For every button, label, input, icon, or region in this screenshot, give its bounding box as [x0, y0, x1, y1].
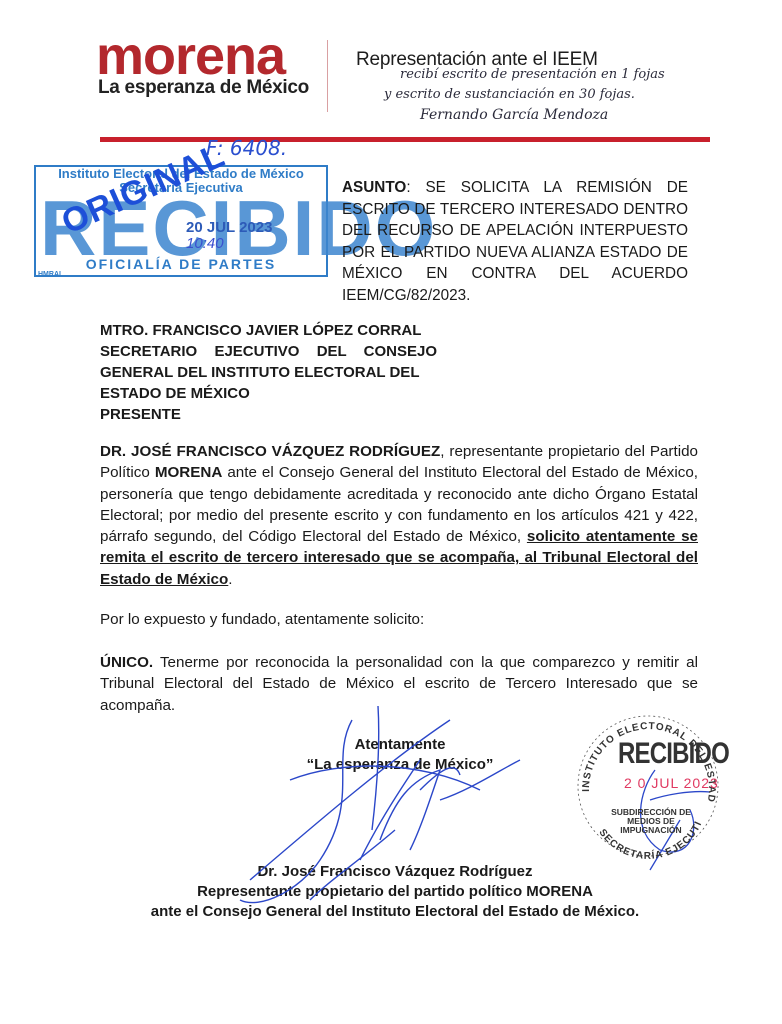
addressee-line: PRESENTE — [100, 404, 437, 425]
addressee-line: GENERAL DEL INSTITUTO ELECTORAL DEL — [100, 362, 437, 383]
subject-block: ASUNTO: SE SOLICITA LA REMISIÓN DE ESCRI… — [342, 177, 688, 306]
closing-salutation: Atentamente — [240, 735, 560, 755]
subject-label: ASUNTO — [342, 179, 406, 196]
stamp-foot: HMRAI — [38, 271, 61, 278]
logo-tagline: La esperanza de México — [98, 77, 309, 99]
handwritten-note-line: y escrito de sustanciación en 30 fojas. — [384, 87, 635, 102]
unico-label: ÚNICO. — [100, 654, 153, 671]
addressee-line: SECRETARIO EJECUTIVO DEL CONSEJO — [100, 341, 437, 362]
header-red-rule — [100, 137, 710, 142]
representative-name: DR. JOSÉ FRANCISCO VÁZQUEZ RODRÍGUEZ — [100, 443, 440, 460]
addressee-block: MTRO. FRANCISCO JAVIER LÓPEZ CORRAL SECR… — [100, 320, 437, 425]
svg-text:SECRETARÍA EJECUTIVA: SECRETARÍA EJECUTIVA — [0, 0, 705, 862]
signer-role: Representante propietario del partido po… — [140, 882, 650, 902]
body-paragraph-petition: Por lo expuesto y fundado, atentamente s… — [100, 609, 698, 630]
stamp-date: 20 JUL 2023 — [186, 219, 272, 236]
body-paragraph-unico: ÚNICO. Tenerme por reconocida la persona… — [100, 652, 698, 716]
addressee-line: ESTADO DE MÉXICO — [100, 383, 437, 404]
seal-date: 2 0 JUL 2023 — [624, 775, 719, 791]
closing-motto: “La esperanza de México” — [240, 755, 560, 775]
stamp-time: 10:40 — [186, 235, 224, 252]
logo-divider — [327, 40, 328, 112]
seal-line: IMPUGNACIÓN — [598, 826, 704, 835]
seal-received-word: RECIBIDO — [618, 737, 729, 771]
party-name: MORENA — [155, 464, 223, 481]
handwritten-note-line: recibí escrito de presentación en 1 foja… — [400, 67, 665, 82]
addressee-line: MTRO. FRANCISCO JAVIER LÓPEZ CORRAL — [100, 320, 437, 341]
signer-name: Dr. José Francisco Vázquez Rodríguez — [140, 862, 650, 882]
handwritten-signature-receiver: Fernando García Mendoza — [420, 108, 608, 123]
morena-logo: morena — [96, 30, 285, 82]
stamp-office: OFICIALÍA DE PARTES — [36, 257, 326, 271]
paragraph-text: . — [228, 571, 232, 588]
signer-body: ante el Consejo General del Instituto El… — [140, 902, 650, 922]
received-stamp-blue: Instituto Electoral del Estado de México… — [34, 165, 328, 277]
body-paragraph-main: DR. JOSÉ FRANCISCO VÁZQUEZ RODRÍGUEZ, re… — [100, 441, 698, 590]
paragraph-text: Tenerme por reconocida la personalidad c… — [100, 654, 698, 714]
subject-text: : SE SOLICITA LA REMISIÓN DE ESCRITO DE … — [342, 179, 688, 304]
